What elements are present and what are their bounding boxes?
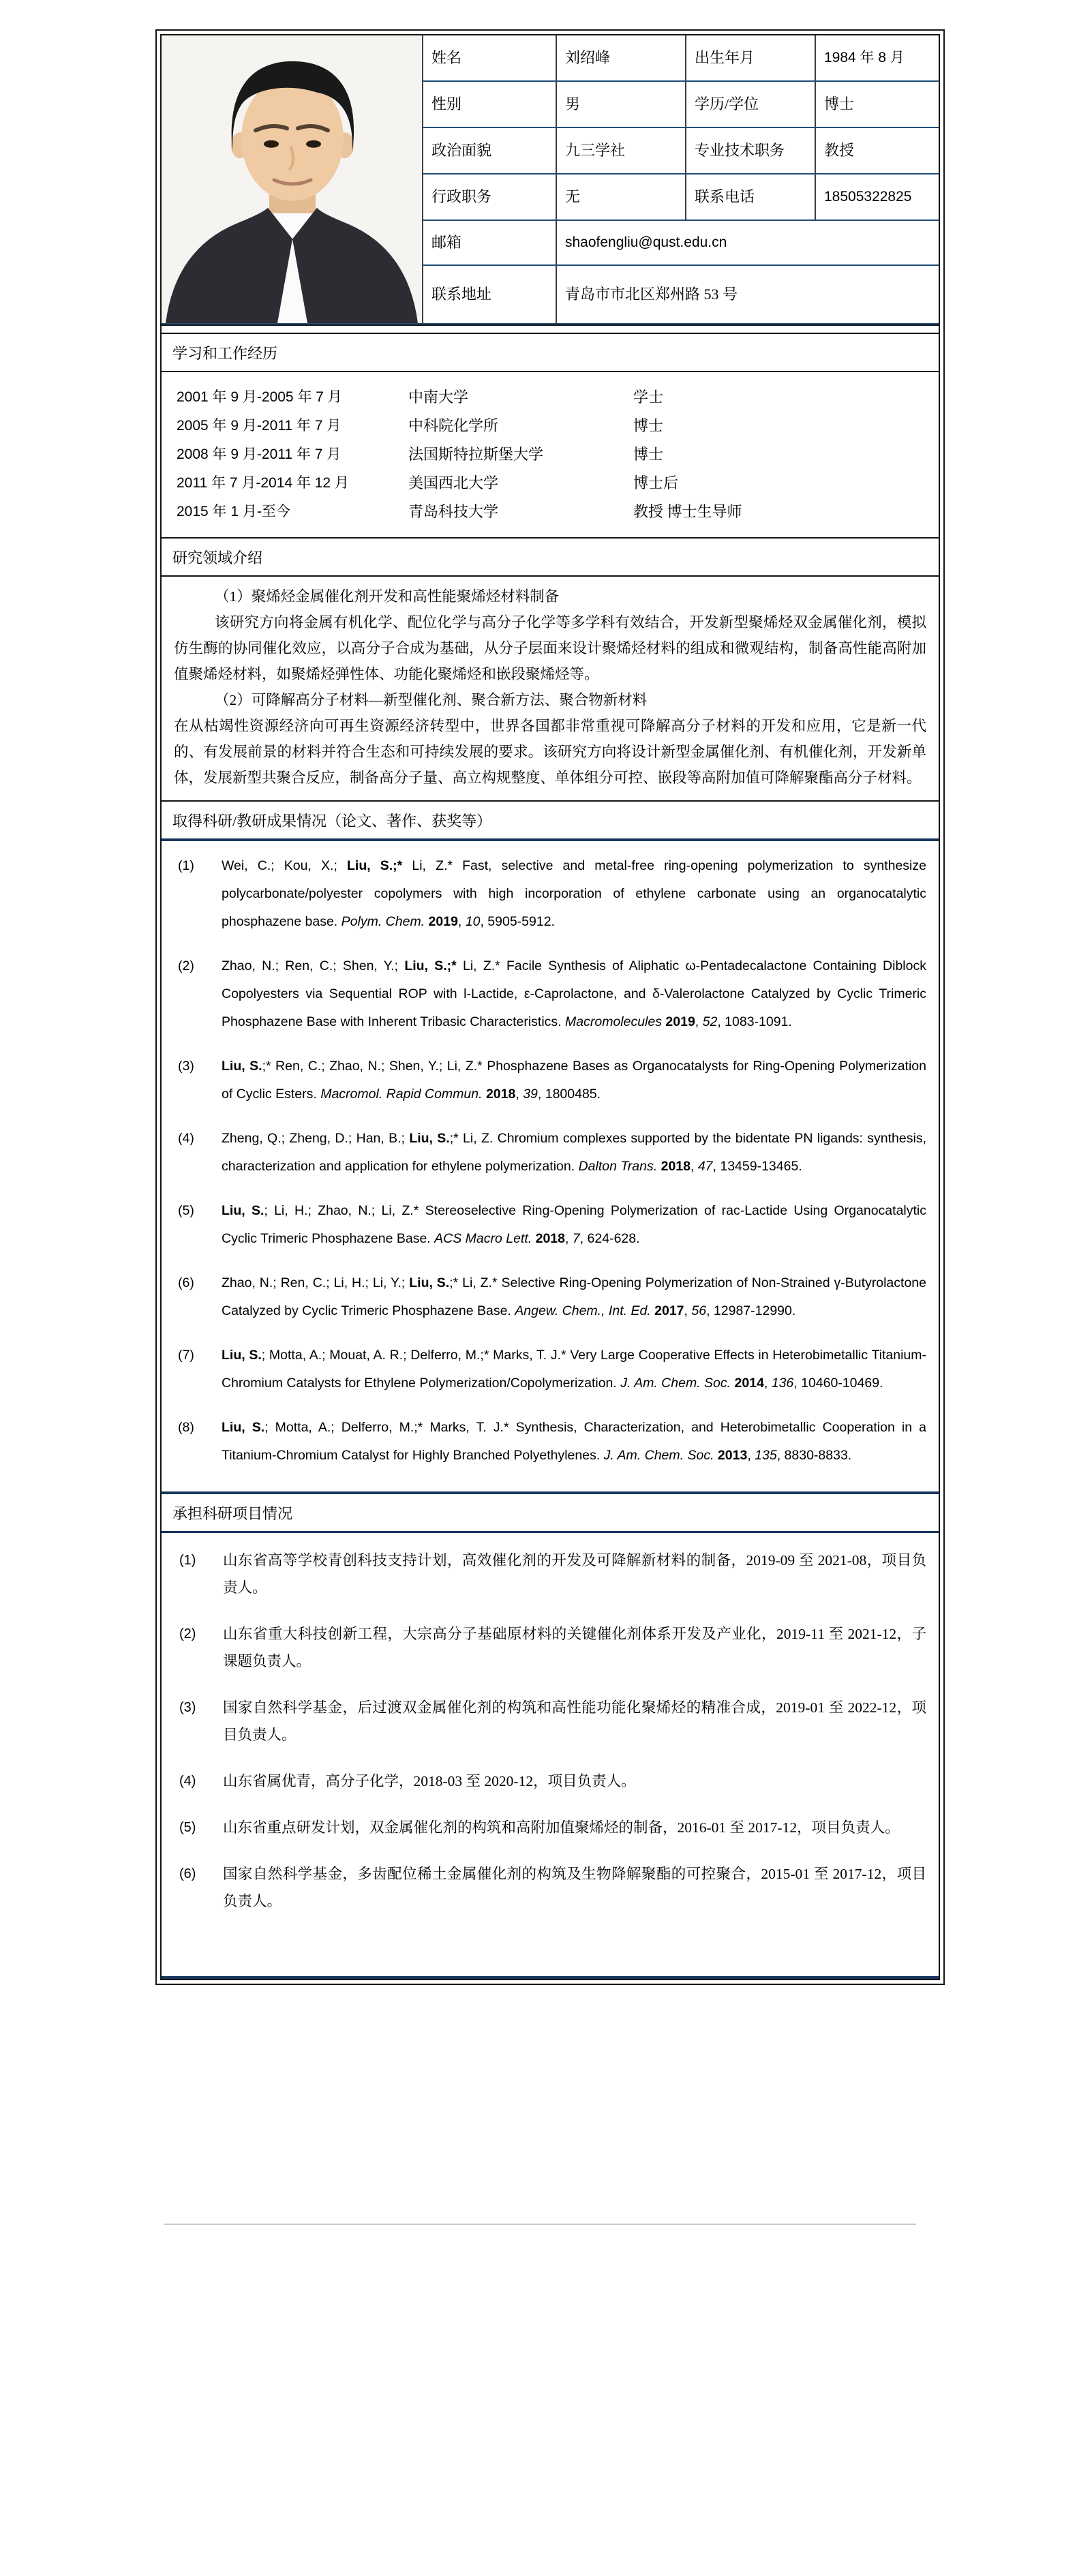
- name-label: 姓名: [422, 35, 556, 82]
- footer-divider: [164, 2224, 916, 2225]
- project-item: (1) 山东省高等学校青创科技支持计划，高效催化剂的开发及可降解新材料的制备，2…: [162, 1547, 926, 1601]
- publication-number: (6): [178, 1269, 194, 1297]
- education-period: 2001 年 9 月-2005 年 7 月: [162, 386, 408, 406]
- publication-citation: Liu, S.;* Ren, C.; Zhao, N.; Shen, Y.; L…: [222, 1059, 926, 1102]
- education-row: 2005 年 9 月-2011 年 7 月 中科院化学所 博士: [162, 410, 939, 439]
- education-period: 2015 年 1 月-至今: [162, 500, 408, 521]
- birth-value: 1984 年 8 月: [815, 35, 939, 82]
- publication-number: (8): [178, 1414, 194, 1442]
- publication-number: (7): [178, 1342, 194, 1369]
- education-degree: 教授 博士生导师: [633, 500, 939, 521]
- project-text: 山东省重点研发计划，双金属催化剂的构筑和高附加值聚烯烃的制备，2016-01 至…: [223, 1819, 900, 1836]
- project-number: (2): [179, 1620, 196, 1648]
- research-paragraph-1: 该研究方向将金属有机化学、配位化学与高分子化学等多学科有效结合，开发新型聚烯烃双…: [174, 609, 926, 687]
- education-degree: 博士后: [633, 472, 939, 493]
- project-item: (5) 山东省重点研发计划，双金属催化剂的构筑和高附加值聚烯烃的制备，2016-…: [162, 1814, 926, 1841]
- project-text: 山东省属优青，高分子化学，2018-03 至 2020-12，项目负责人。: [223, 1773, 636, 1789]
- projects-list: (1) 山东省高等学校青创科技支持计划，高效催化剂的开发及可降解新材料的制备，2…: [162, 1533, 939, 1979]
- email-label: 邮箱: [422, 221, 556, 266]
- publication-number: (1): [178, 852, 194, 880]
- publication-number: (5): [178, 1197, 194, 1225]
- profile-photo-illustration: [162, 35, 422, 323]
- publication-number: (4): [178, 1125, 194, 1153]
- admin-post-value: 无: [556, 175, 685, 221]
- research-section-title: 研究领域介绍: [162, 539, 939, 577]
- education-degree: 博士: [633, 414, 939, 436]
- cv-document-page: 姓名 刘绍峰 出生年月 1984 年 8 月 性别 男 学历/学位 博士 政治面…: [0, 0, 1077, 2576]
- education-row: 2001 年 9 月-2005 年 7 月 中南大学 学士: [162, 382, 939, 410]
- project-number: (1): [179, 1547, 196, 1574]
- project-text: 山东省高等学校青创科技支持计划，高效催化剂的开发及可降解新材料的制备，2019-…: [223, 1552, 926, 1596]
- publication-citation: Zhao, N.; Ren, C.; Shen, Y.; Liu, S.;* L…: [222, 958, 926, 1029]
- project-item: (3) 国家自然科学基金，后过渡双金属催化剂的构筑和高性能功能化聚烯烃的精准合成…: [162, 1694, 926, 1748]
- gender-label: 性别: [422, 82, 556, 128]
- publication-item: (1) Wei, C.; Kou, X.; Liu, S.;* Li, Z.* …: [162, 852, 926, 936]
- admin-post-label: 行政职务: [422, 175, 556, 221]
- publication-item: (3) Liu, S.;* Ren, C.; Zhao, N.; Shen, Y…: [162, 1052, 926, 1108]
- publication-item: (4) Zheng, Q.; Zheng, D.; Han, B.; Liu, …: [162, 1125, 926, 1181]
- publication-item: (2) Zhao, N.; Ren, C.; Shen, Y.; Liu, S.…: [162, 952, 926, 1036]
- doc-frame: 姓名 刘绍峰 出生年月 1984 年 8 月 性别 男 学历/学位 博士 政治面…: [155, 29, 945, 1985]
- project-text: 国家自然科学基金，多齿配位稀土金属催化剂的构筑及生物降解聚酯的可控聚合，2015…: [223, 1866, 926, 1909]
- project-text: 国家自然科学基金，后过渡双金属催化剂的构筑和高性能功能化聚烯烃的精准合成，201…: [223, 1699, 926, 1743]
- education-org: 青岛科技大学: [408, 500, 633, 521]
- education-row: 2008 年 9 月-2011 年 7 月 法国斯特拉斯堡大学 博士: [162, 439, 939, 468]
- publications-section-title: 取得科研/教研成果情况（论文、著作、获奖等）: [162, 802, 939, 841]
- political-status-label: 政治面貌: [422, 128, 556, 175]
- gender-value: 男: [556, 82, 685, 128]
- education-period: 2011 年 7 月-2014 年 12 月: [162, 472, 408, 492]
- education-org: 中科院化学所: [408, 414, 633, 436]
- education-org: 美国西北大学: [408, 472, 633, 493]
- publication-citation: Zheng, Q.; Zheng, D.; Han, B.; Liu, S.;*…: [222, 1131, 926, 1174]
- personal-info-table: 姓名 刘绍峰 出生年月 1984 年 8 月 性别 男 学历/学位 博士 政治面…: [162, 35, 939, 326]
- professional-title-value: 教授: [815, 128, 939, 175]
- publication-item: (6) Zhao, N.; Ren, C.; Li, H.; Li, Y.; L…: [162, 1269, 926, 1325]
- research-paragraph-2: 在从枯竭性资源经济向可再生资源经济转型中，世界各国都非常重视可降解高分子材料的开…: [174, 713, 926, 791]
- phone-value: 18505322825: [815, 175, 939, 221]
- education-org: 中南大学: [408, 386, 633, 407]
- education-row: 2011 年 7 月-2014 年 12 月 美国西北大学 博士后: [162, 468, 939, 496]
- phone-label: 联系电话: [685, 175, 815, 221]
- education-period: 2008 年 9 月-2011 年 7 月: [162, 443, 408, 464]
- projects-section-title: 承担科研项目情况: [162, 1494, 939, 1533]
- publications-list: (1) Wei, C.; Kou, X.; Liu, S.;* Li, Z.* …: [162, 841, 939, 1494]
- address-value: 青岛市市北区郑州路 53 号: [556, 266, 939, 324]
- name-value: 刘绍峰: [556, 35, 685, 82]
- education-org: 法国斯特拉斯堡大学: [408, 443, 633, 464]
- education-degree: 学士: [633, 386, 939, 407]
- project-item: (6) 国家自然科学基金，多齿配位稀土金属催化剂的构筑及生物降解聚酯的可控聚合，…: [162, 1860, 926, 1915]
- email-value: shaofengliu@qust.edu.cn: [556, 221, 939, 266]
- education-degree: 博士: [633, 443, 939, 464]
- section-gap: [162, 326, 939, 333]
- publication-citation: Zhao, N.; Ren, C.; Li, H.; Li, Y.; Liu, …: [222, 1275, 926, 1318]
- project-text: 山东省重大科技创新工程，大宗高分子基础原材料的关键催化剂体系开发及产业化，201…: [223, 1626, 926, 1669]
- address-label: 联系地址: [422, 266, 556, 324]
- outer-border: 姓名 刘绍峰 出生年月 1984 年 8 月 性别 男 学历/学位 博士 政治面…: [155, 29, 945, 1985]
- publication-citation: Wei, C.; Kou, X.; Liu, S.;* Li, Z.* Fast…: [222, 858, 926, 929]
- education-table: 2001 年 9 月-2005 年 7 月 中南大学 学士 2005 年 9 月…: [162, 372, 939, 539]
- professional-title-label: 专业技术职务: [685, 128, 815, 175]
- publication-item: (7) Liu, S.; Motta, A.; Mouat, A. R.; De…: [162, 1342, 926, 1397]
- publication-item: (8) Liu, S.; Motta, A.; Delferro, M.;* M…: [162, 1414, 926, 1470]
- project-number: (6): [179, 1860, 196, 1888]
- education-section-title: 学习和工作经历: [162, 333, 939, 372]
- publication-citation: Liu, S.; Li, H.; Zhao, N.; Li, Z.* Stere…: [222, 1203, 926, 1246]
- degree-value: 博士: [815, 82, 939, 128]
- publication-citation: Liu, S.; Motta, A.; Delferro, M.;* Marks…: [222, 1420, 926, 1463]
- project-number: (4): [179, 1768, 196, 1795]
- research-section: （1）聚烯烃金属催化剂开发和高性能聚烯烃材料制备 该研究方向将金属有机化学、配位…: [162, 577, 939, 802]
- publication-number: (3): [178, 1052, 194, 1080]
- profile-photo: [162, 35, 422, 324]
- project-item: (4) 山东省属优青，高分子化学，2018-03 至 2020-12，项目负责人…: [162, 1768, 926, 1795]
- project-number: (5): [179, 1814, 196, 1841]
- education-period: 2005 年 9 月-2011 年 7 月: [162, 414, 408, 435]
- inner-border: 姓名 刘绍峰 出生年月 1984 年 8 月 性别 男 学历/学位 博士 政治面…: [160, 34, 940, 1980]
- research-heading-2: （2）可降解高分子材料—新型催化剂、聚合新方法、聚合物新材料: [174, 687, 926, 713]
- political-status-value: 九三学社: [556, 128, 685, 175]
- birth-label: 出生年月: [685, 35, 815, 82]
- degree-label: 学历/学位: [685, 82, 815, 128]
- project-number: (3): [179, 1694, 196, 1721]
- publication-citation: Liu, S.; Motta, A.; Mouat, A. R.; Delfer…: [222, 1348, 926, 1391]
- publication-item: (5) Liu, S.; Li, H.; Zhao, N.; Li, Z.* S…: [162, 1197, 926, 1253]
- publication-number: (2): [178, 952, 194, 980]
- project-item: (2) 山东省重大科技创新工程，大宗高分子基础原材料的关键催化剂体系开发及产业化…: [162, 1620, 926, 1675]
- education-row: 2015 年 1 月-至今 青岛科技大学 教授 博士生导师: [162, 496, 939, 525]
- research-heading-1: （1）聚烯烃金属催化剂开发和高性能聚烯烃材料制备: [174, 584, 926, 609]
